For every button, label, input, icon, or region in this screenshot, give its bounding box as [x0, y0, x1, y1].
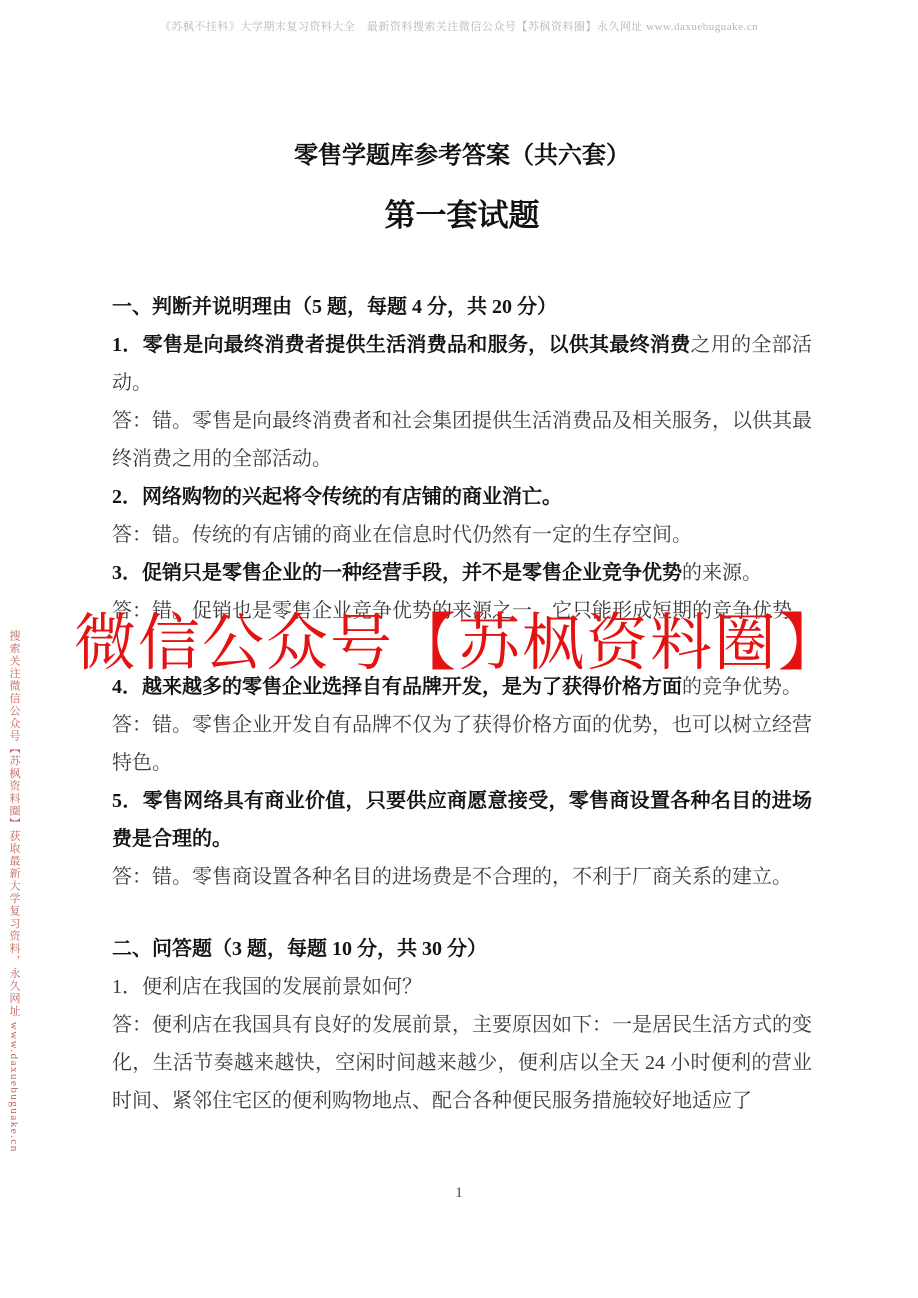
- section-2-answer-1: 答：便利店在我国具有良好的发展前景，主要原因如下：一是居民生活方式的变化，生活节…: [112, 1006, 812, 1120]
- section-2-question-1: 1．便利店在我国的发展前景如何？: [112, 968, 812, 1006]
- answer-1: 答：错。零售是向最终消费者和社会集团提供生活消费品及相关服务，以供其最终消费之用…: [112, 402, 812, 478]
- answer-5: 答：错。零售商设置各种名目的进场费是不合理的，不利于厂商关系的建立。: [112, 858, 812, 896]
- question-2-bold: 2．网络购物的兴起将令传统的有店铺的商业消亡。: [112, 486, 562, 508]
- question-4-rest: 的竞争优势。: [682, 676, 802, 698]
- document-body: 零售学题库参考答案（共六套） 第一套试题 一、判断并说明理由（5 题，每题 4 …: [112, 32, 812, 1120]
- question-1-bold: 1．零售是向最终消费者提供生活消费品和服务，以供其最终消费: [112, 334, 691, 356]
- document-title: 零售学题库参考答案（共六套）: [112, 140, 812, 172]
- question-4: 4．越来越多的零售企业选择自有品牌开发，是为了获得价格方面的竞争优势。: [112, 668, 812, 706]
- section-2-heading: 二、问答题（3 题，每题 10 分，共 30 分）: [112, 930, 812, 968]
- watermark-gap: [112, 630, 812, 668]
- question-5: 5．零售网络具有商业价值，只要供应商愿意接受，零售商设置各种名目的进场费是合理的…: [112, 782, 812, 858]
- question-1: 1．零售是向最终消费者提供生活消费品和服务，以供其最终消费之用的全部活动。: [112, 326, 812, 402]
- document-subtitle: 第一套试题: [112, 196, 812, 236]
- question-4-bold: 4．越来越多的零售企业选择自有品牌开发，是为了获得价格方面: [112, 676, 682, 698]
- question-5-bold: 5．零售网络具有商业价值，只要供应商愿意接受，零售商设置各种名目的进场费是合理的…: [112, 790, 812, 850]
- side-vertical-note: 搜索关注微信公众号【苏枫资料圈】获取最新大学复习资料，永久网址 www.daxu…: [6, 630, 22, 1270]
- question-3-bold: 3．促销只是零售企业的一种经营手段，并不是零售企业竞争优势: [112, 562, 682, 584]
- answer-2: 答：错。传统的有店铺的商业在信息时代仍然有一定的生存空间。: [112, 516, 812, 554]
- question-2: 2．网络购物的兴起将令传统的有店铺的商业消亡。: [112, 478, 812, 516]
- answer-3: 答：错。促销也是零售企业竞争优势的来源之一，它只能形成短期的竞争优势: [112, 592, 812, 630]
- section-1-heading: 一、判断并说明理由（5 题，每题 4 分，共 20 分）: [112, 288, 812, 326]
- answer-4: 答：错。零售企业开发自有品牌不仅为了获得价格方面的优势，也可以树立经营特色。: [112, 706, 812, 782]
- question-3: 3．促销只是零售企业的一种经营手段，并不是零售企业竞争优势的来源。: [112, 554, 812, 592]
- page-number: 1: [0, 1185, 918, 1202]
- document-page: 《苏枫不挂科》大学期末复习资料大全 最新资料搜索关注微信公众号【苏枫资料圈】永久…: [0, 0, 918, 1298]
- question-3-rest: 的来源。: [682, 562, 762, 584]
